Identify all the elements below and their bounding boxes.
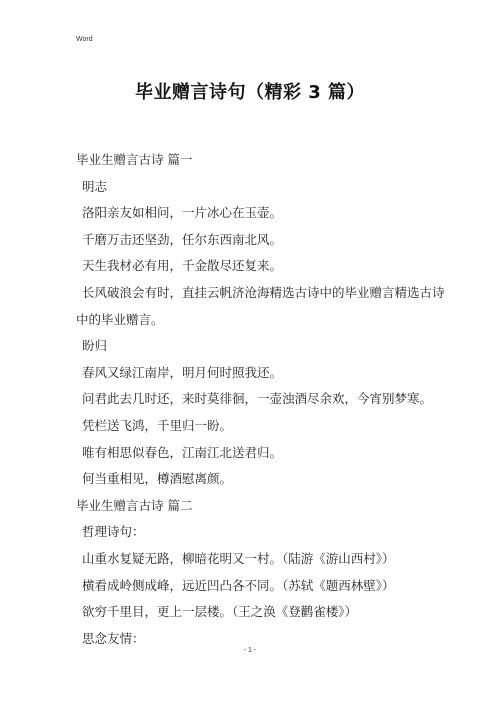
page-number: - 1 -: [0, 647, 500, 654]
section-heading: 毕业生赠言古诗 篇二: [76, 496, 436, 523]
document-title: 毕业赠言诗句（精彩 3 篇）: [0, 78, 500, 104]
document-body: 毕业生赠言古诗 篇一 明志 洛阳亲友如相问，一片冰心在玉壶。 千磨万击还坚劲，任…: [76, 150, 436, 655]
poem-line: 何当重相见，樽酒慰离颜。: [76, 469, 436, 496]
poem-line: 欲穷千里目，更上一层楼。（王之涣《登鹳雀楼》）: [76, 602, 436, 629]
section-heading: 毕业生赠言古诗 篇一: [76, 150, 436, 177]
poem-line: 明志: [76, 177, 436, 204]
poem-line: 千磨万击还坚劲，任尔东西南北风。: [76, 230, 436, 257]
poem-line: 唯有相思似春色，江南江北送君归。: [76, 443, 436, 470]
poem-line: 洛阳亲友如相问，一片冰心在玉壶。: [76, 203, 436, 230]
poem-line: 山重水复疑无路，柳暗花明又一村。（陆游《游山西村》）: [76, 549, 436, 576]
poem-line: 天生我材必有用，千金散尽还复来。: [76, 256, 436, 283]
poem-line: 横看成岭侧成峰，远近凹凸各不同。（苏轼《题西林壁》）: [76, 576, 436, 603]
poem-line: 问君此去几时还，来时莫徘徊，一壶浊酒尽余欢，今宵别梦寒。: [76, 389, 436, 416]
poem-line: 春风又绿江南岸，明月何时照我还。: [76, 363, 436, 390]
poem-line: 哲理诗句：: [76, 522, 436, 549]
poem-line-continuation: 中的毕业赠言。: [76, 310, 436, 337]
poem-line: 凭栏送飞鸿，千里归一盼。: [76, 416, 436, 443]
poem-line: 盼归: [76, 336, 436, 363]
header-app-label: Word: [76, 36, 93, 43]
poem-line: 长风破浪会有时，直挂云帆济沧海精选古诗中的毕业赠言精选古诗: [76, 283, 436, 310]
